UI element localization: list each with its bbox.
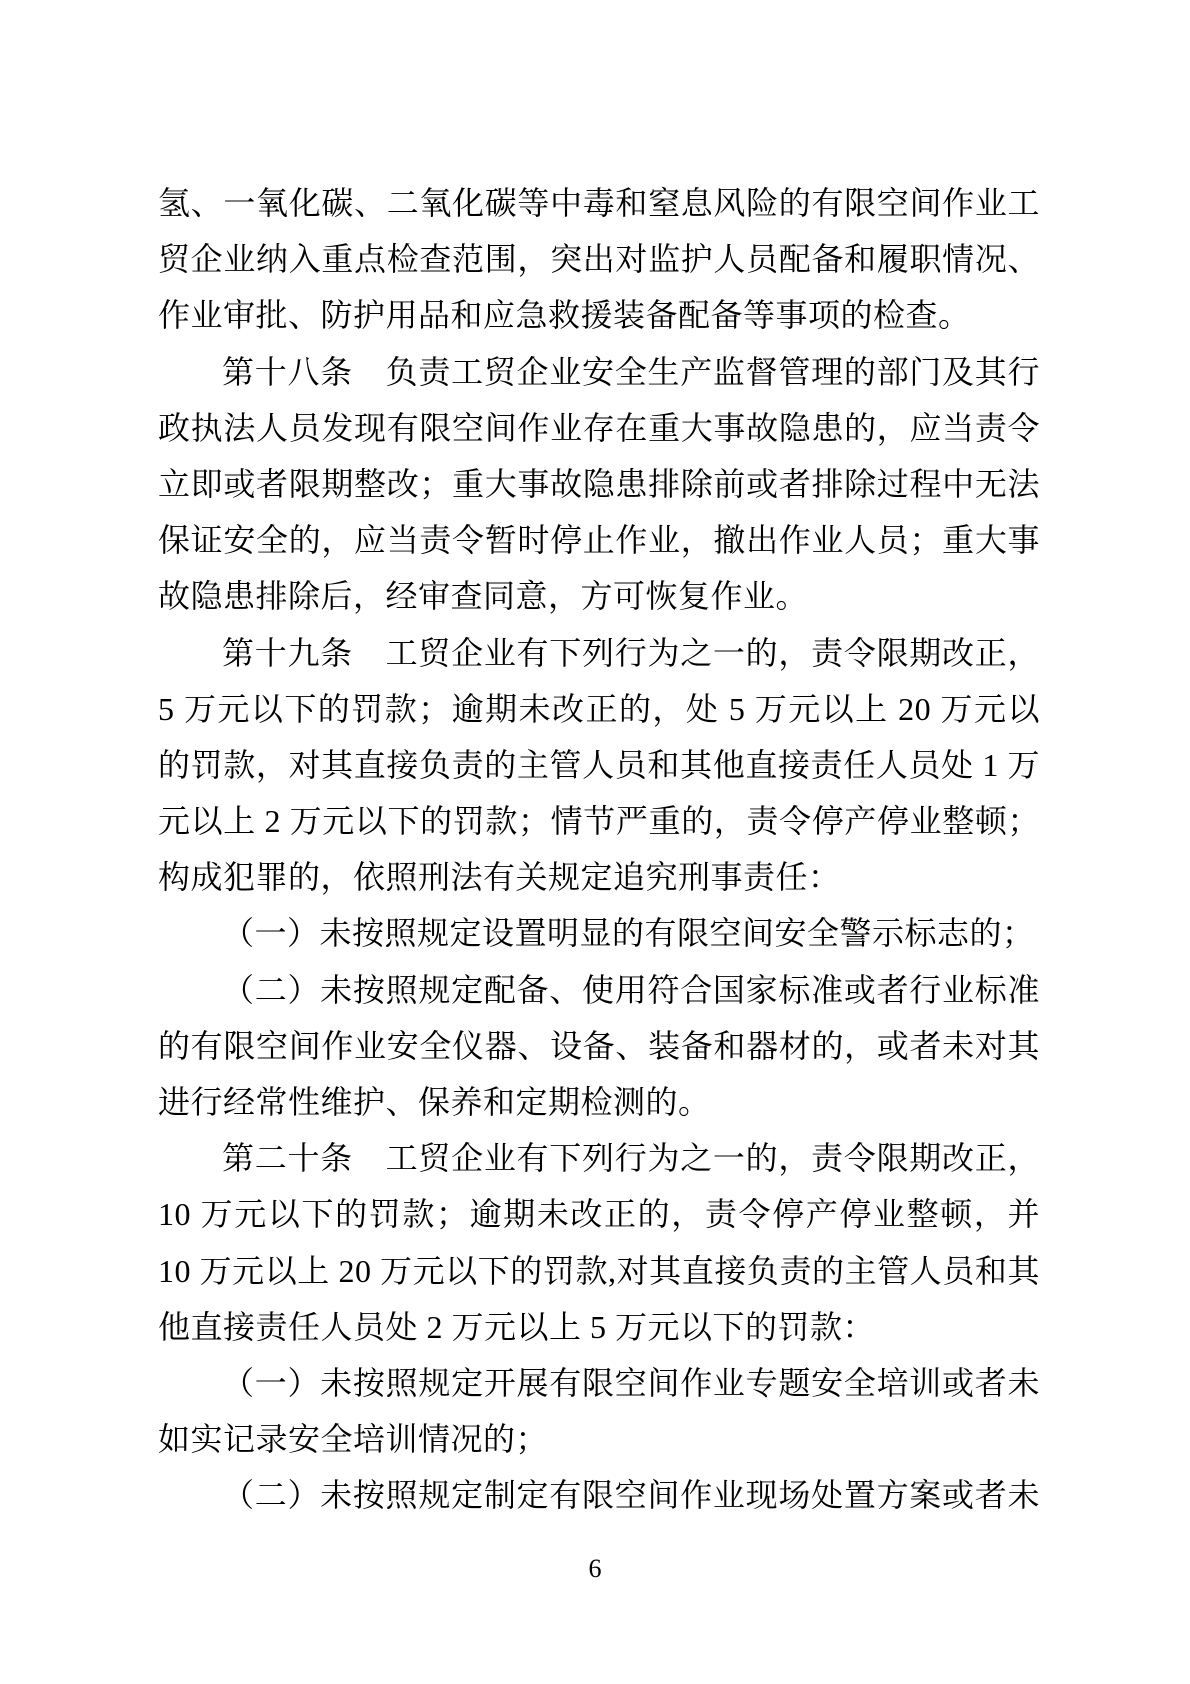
document-body: 氢、一氧化碳、二氧化碳等中毒和窒息风险的有限空间作业工贸企业纳入重点检查范围，突… [158,175,1040,1524]
text-line: 贸企业纳入重点检查范围，突出对监护人员配备和履职情况、 [158,231,1040,287]
text-line: 作业审批、防护用品和应急救援装备配备等事项的检查。 [158,287,1040,343]
text-line: （一）未按照规定开展有限空间作业专题安全培训或者未 [158,1355,1040,1411]
text-line: 5 万元以下的罚款；逾期未改正的，处 5 万元以上 20 万元以下 [158,681,1040,737]
text-line: 政执法人员发现有限空间作业存在重大事故隐患的，应当责令 [158,400,1040,456]
text-line: 第十九条 工贸企业有下列行为之一的，责令限期改正，处 [158,625,1040,681]
text-line: 的罚款，对其直接负责的主管人员和其他直接责任人员处 1 万 [158,737,1040,793]
text-line: 氢、一氧化碳、二氧化碳等中毒和窒息风险的有限空间作业工 [158,175,1040,231]
text-line: 第二十条 工贸企业有下列行为之一的，责令限期改正，处 [158,1130,1040,1186]
text-line: 第十八条 负责工贸企业安全生产监督管理的部门及其行 [158,344,1040,400]
text-line: 进行经常性维护、保养和定期检测的。 [158,1074,1040,1130]
text-line: 构成犯罪的，依照刑法有关规定追究刑事责任： [158,849,1040,905]
text-line: 保证安全的，应当责令暂时停止作业，撤出作业人员；重大事 [158,512,1040,568]
text-line: （一）未按照规定设置明显的有限空间安全警示标志的； [158,905,1040,961]
text-line: 10 万元以上 20 万元以下的罚款,对其直接负责的主管人员和其 [158,1243,1040,1299]
page-footer: 6 [0,1554,1190,1584]
text-line: 他直接责任人员处 2 万元以上 5 万元以下的罚款： [158,1299,1040,1355]
text-line: 立即或者限期整改；重大事故隐患排除前或者排除过程中无法 [158,456,1040,512]
text-line: 10 万元以下的罚款；逾期未改正的，责令停产停业整顿，并处 [158,1186,1040,1242]
page-number: 6 [589,1554,602,1583]
text-line: （二）未按照规定配备、使用符合国家标准或者行业标准 [158,962,1040,1018]
text-line: （二）未按照规定制定有限空间作业现场处置方案或者未 [158,1467,1040,1523]
text-line: 元以上 2 万元以下的罚款；情节严重的，责令停产停业整顿； [158,793,1040,849]
text-line: 故隐患排除后，经审查同意，方可恢复作业。 [158,568,1040,624]
text-line: 的有限空间作业安全仪器、设备、装备和器材的，或者未对其 [158,1018,1040,1074]
text-line: 如实记录安全培训情况的； [158,1411,1040,1467]
document-page: 氢、一氧化碳、二氧化碳等中毒和窒息风险的有限空间作业工贸企业纳入重点检查范围，突… [0,0,1190,1684]
